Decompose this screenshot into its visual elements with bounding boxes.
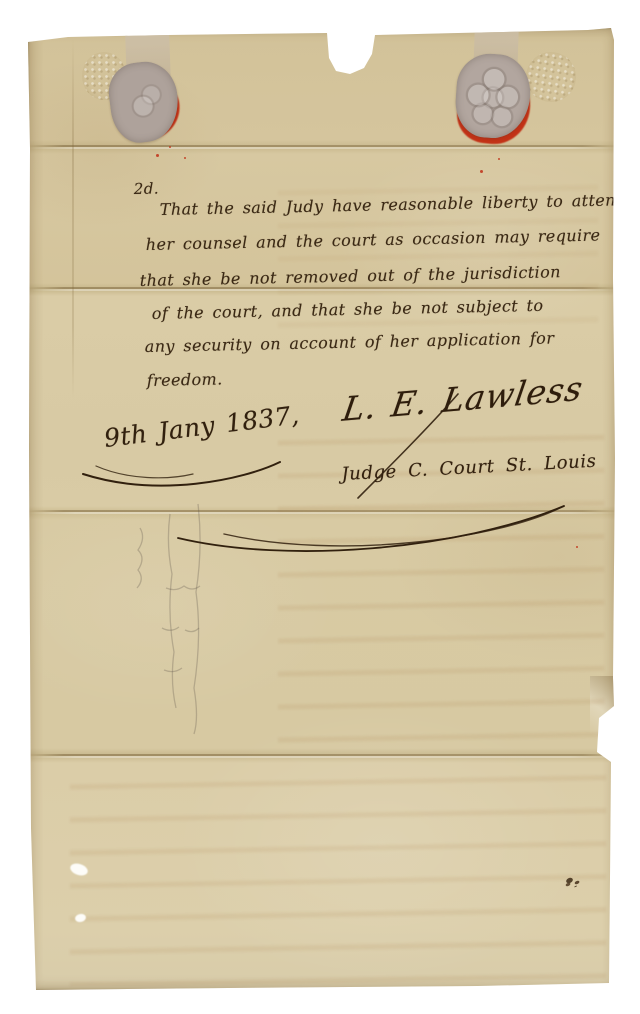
wax-seal-left-icon — [105, 58, 182, 146]
wax-speck — [156, 154, 159, 157]
damage-spot — [69, 861, 90, 877]
wax-speck — [480, 170, 483, 173]
bleed-through-bottom — [70, 770, 606, 986]
wax-speck — [498, 158, 500, 160]
embossed-stamp-right-icon — [523, 49, 579, 105]
pencil-docket — [28, 28, 618, 990]
fold-crease-1 — [28, 145, 618, 150]
scan-background: 2d. That the said Judy have reasonable l… — [0, 0, 640, 1014]
fold-crease-3 — [28, 510, 618, 515]
dog-ear-crease — [590, 676, 616, 768]
signature: L. E. Lawless — [340, 368, 586, 429]
body-line-3: that she be not removed out of the juris… — [140, 262, 561, 290]
pen-flourishes — [28, 28, 618, 990]
date-text: 9th Jany 1837, — [102, 400, 300, 453]
wax-speck — [169, 146, 171, 148]
body-line-5: any security on account of her applicati… — [145, 328, 555, 356]
damage-spot — [74, 913, 86, 923]
fold-crease-2 — [28, 287, 618, 292]
fold-crease-4 — [28, 754, 618, 759]
body-line-6: freedom. — [147, 369, 223, 390]
manuscript-page: 2d. That the said Judy have reasonable l… — [28, 28, 618, 990]
section-number: 2d. — [134, 179, 159, 198]
body-line-2: her counsel and the court as occasion ma… — [146, 225, 601, 254]
body-line-1: That the said Judy have reasonable liber… — [160, 190, 627, 219]
vertical-crease — [72, 38, 74, 398]
wax-speck — [184, 157, 186, 159]
wax-speck — [576, 546, 578, 548]
ink-blot — [565, 877, 573, 884]
signature-title: Judge C. Court St. Louis — [341, 451, 597, 485]
body-line-4: of the court, and that she be not subjec… — [152, 296, 544, 323]
